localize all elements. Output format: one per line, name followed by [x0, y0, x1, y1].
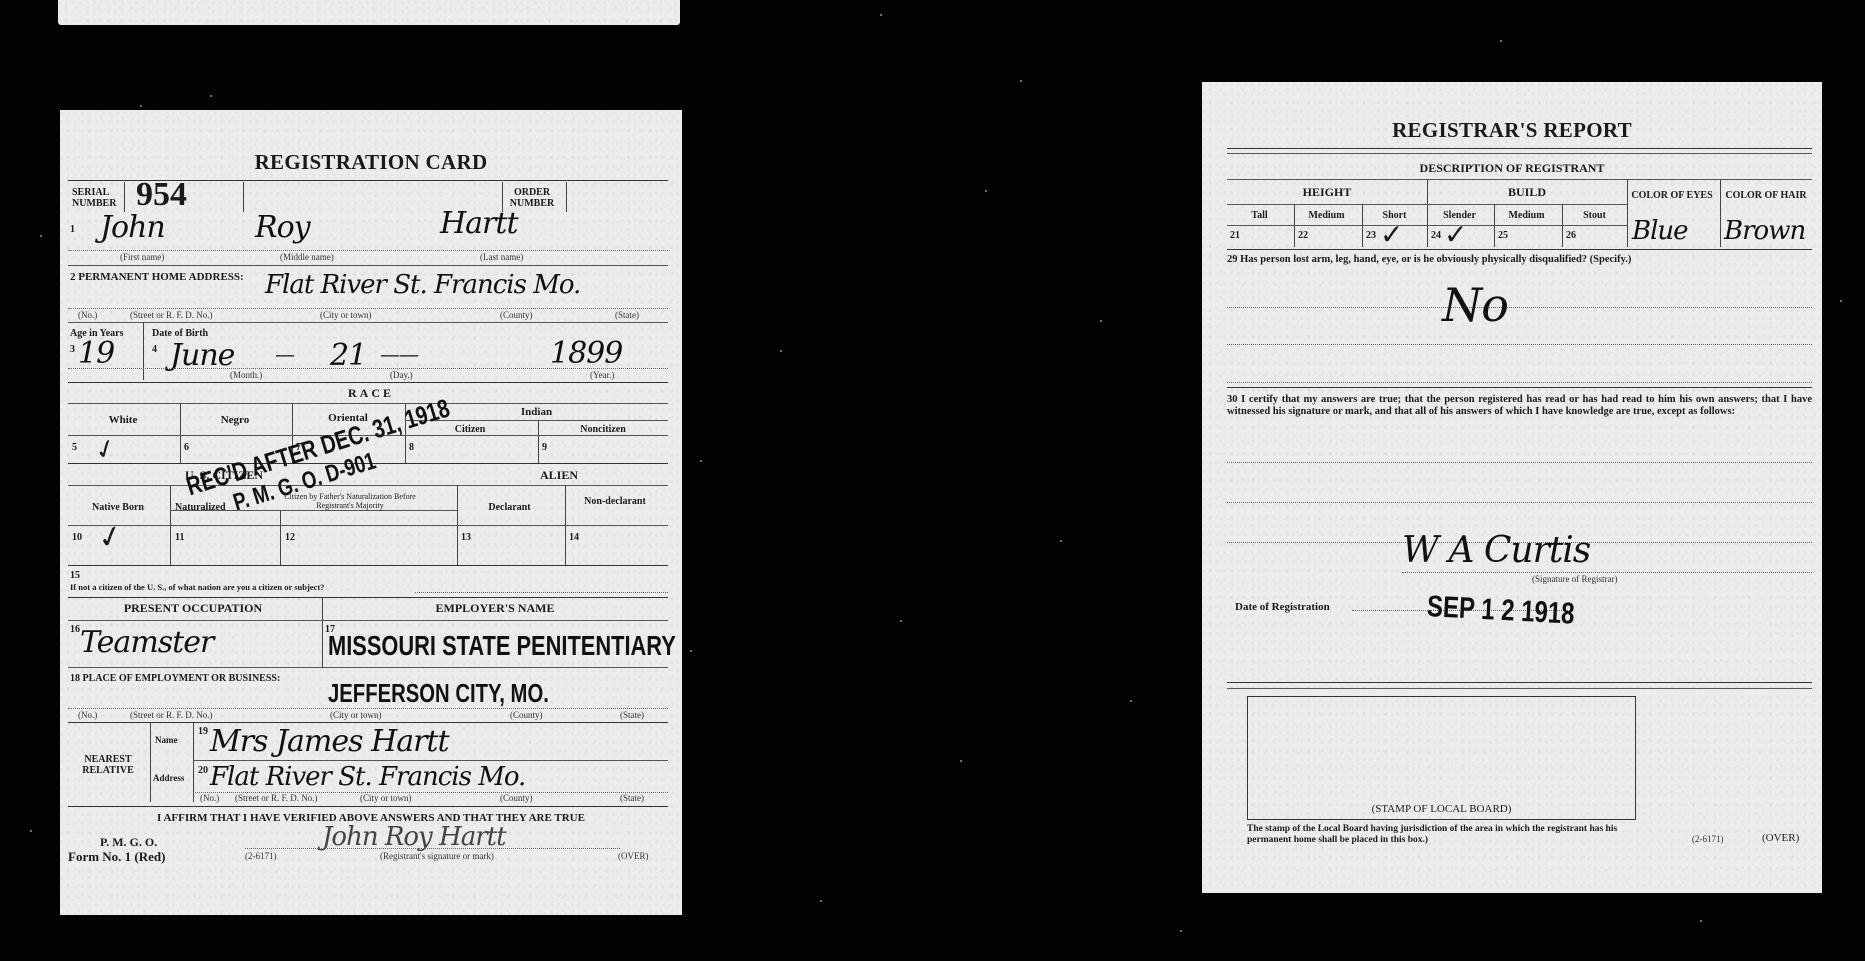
employer-name: MISSOURI STATE PENITENTIARY — [328, 630, 676, 662]
relative-address: Flat River St. Francis Mo. — [210, 762, 525, 792]
birth-year: 1899 — [550, 336, 622, 371]
q30-text: 30 I certify that my answers are true; t… — [1227, 394, 1812, 418]
registrar-signature: W A Curtis — [1402, 530, 1590, 571]
local-board-stamp-box: (STAMP OF LOCAL BOARD) — [1247, 696, 1636, 820]
race-heading: RACE — [60, 388, 682, 399]
middle-name: Roy — [255, 210, 310, 245]
serial-number: 954 — [136, 176, 187, 214]
registration-card-back: REGISTRAR'S REPORT DESCRIPTION OF REGIST… — [1202, 82, 1822, 893]
alien-heading: ALIEN — [540, 470, 578, 481]
description-heading: DESCRIPTION OF REGISTRANT — [1202, 163, 1822, 174]
home-address: Flat River St. Francis Mo. — [265, 270, 580, 300]
serial-label: SERIAL NUMBER — [72, 187, 124, 209]
q29-text: 29 Has person lost arm, leg, hand, eye, … — [1227, 254, 1812, 266]
first-name: John — [100, 210, 165, 245]
slender-checkmark: ✓ — [1444, 218, 1467, 252]
card-title: REGISTRATION CARD — [60, 150, 682, 175]
eye-color: Blue — [1632, 216, 1688, 246]
form-id: P. M. G. O. — [100, 835, 157, 850]
registration-date-label: Date of Registration — [1235, 602, 1330, 613]
stamp-note: The stamp of the Local Board having juri… — [1247, 824, 1637, 846]
hair-color: Brown — [1724, 216, 1805, 246]
report-title: REGISTRAR'S REPORT — [1202, 118, 1822, 143]
form-number: Form No. 1 (Red) — [68, 849, 165, 865]
registration-date: SEP 1 2 1918 — [1426, 590, 1575, 632]
relative-name: Mrs James Hartt — [210, 724, 449, 759]
short-checkmark: ✓ — [1380, 218, 1403, 252]
q29-answer: No — [1442, 278, 1508, 332]
q15-text: If not a citizen of the U. S., of what n… — [70, 582, 324, 592]
age-value: 19 — [78, 336, 114, 371]
last-name: Hartt — [440, 206, 518, 241]
previous-card-edge — [58, 0, 680, 25]
address-label: 2 PERMANENT HOME ADDRESS: — [70, 272, 244, 283]
nearest-relative-label: NEAREST RELATIVE — [68, 754, 148, 776]
employment-place: JEFFERSON CITY, MO. — [328, 678, 549, 709]
occupation-value: Teamster — [80, 625, 213, 660]
native-born-checkmark: ✓ — [94, 517, 127, 557]
registration-card-front: REGISTRATION CARD SERIAL NUMBER 954 ORDE… — [60, 110, 682, 915]
